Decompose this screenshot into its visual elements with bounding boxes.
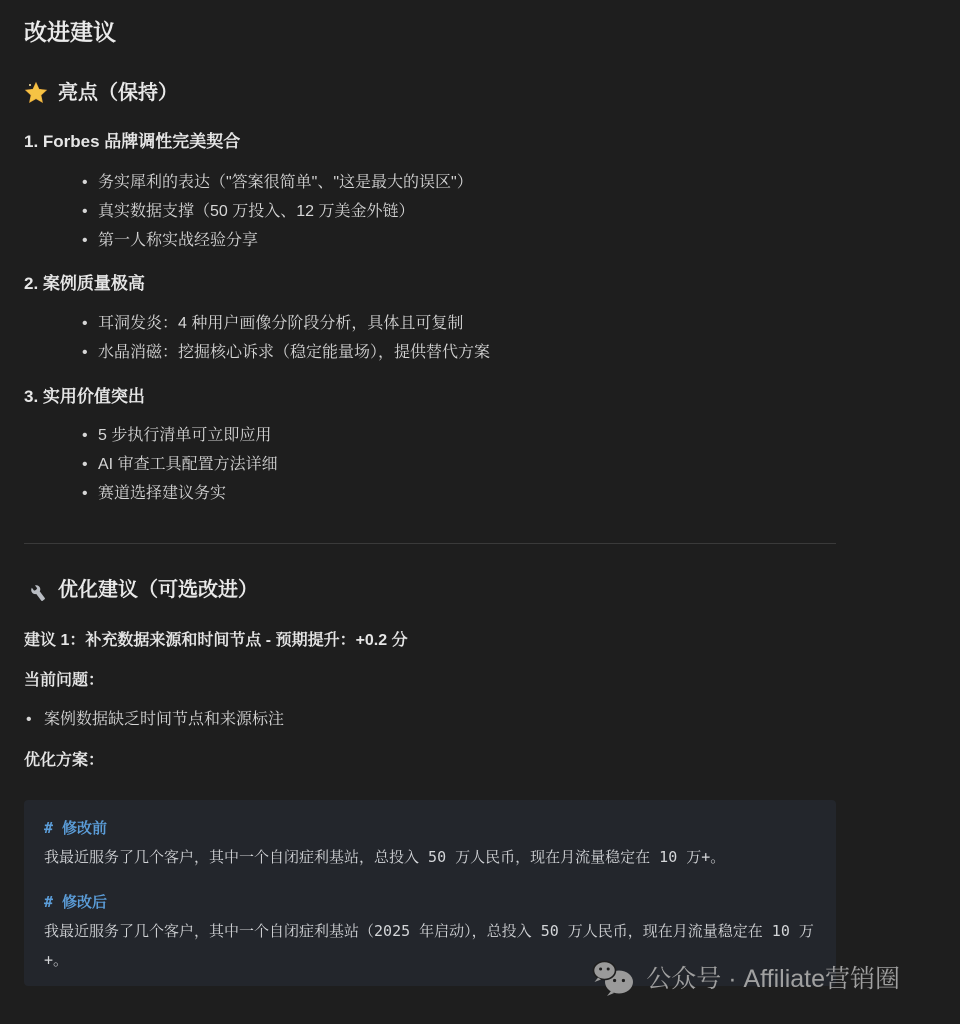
list-item-text: 赛道选择建议务实	[98, 485, 226, 502]
list-item: •真实数据支撑（50 万投入、12 万美金外链）	[24, 197, 836, 226]
wrench-icon	[24, 578, 48, 602]
list-item-text: 务实犀利的表达（"答案很简单"、"这是最大的误区"）	[98, 174, 473, 191]
section-divider	[24, 543, 836, 544]
bullet-dot: •	[82, 479, 88, 508]
bullet-dot: •	[82, 309, 88, 338]
highlight-item-heading: 2. 案例质量极高	[24, 273, 836, 295]
bullet-dot: •	[82, 168, 88, 197]
list-item-text: AI 审查工具配置方法详细	[98, 456, 278, 473]
list-item: •第一人称实战经验分享	[24, 226, 836, 255]
highlight-item-heading: 1. Forbes 品牌调性完美契合	[24, 131, 836, 153]
bullet-dot: •	[82, 197, 88, 226]
list-item: •水晶消磁：挖掘核心诉求（稳定能量场），提供替代方案	[24, 338, 836, 367]
bullet-dot: •	[82, 450, 88, 479]
code-comment-after: # 修改后	[44, 888, 816, 917]
list-item-text: 耳洞发炎：4 种用户画像分阶段分析，具体且可复制	[98, 315, 463, 332]
optimization-heading: 优化建议（可选改进）	[24, 577, 836, 603]
list-item: •务实犀利的表达（"答案很简单"、"这是最大的误区"）	[24, 168, 836, 197]
highlight-item-heading: 3. 实用价值突出	[24, 386, 836, 408]
problem-bullet-text: 案例数据缺乏时间节点和来源标注	[44, 711, 284, 728]
code-block: # 修改前 我最近服务了几个客户，其中一个自闭症利基站，总投入 50 万人民币，…	[24, 800, 836, 986]
bullet-dot: •	[82, 226, 88, 255]
suggestion-title: 建议 1：补充数据来源和时间节点 - 预期提升：+0.2 分	[24, 630, 836, 651]
wechat-watermark-text: 公众号 · Affiliate营销圈	[646, 960, 900, 998]
wechat-icon	[592, 960, 636, 998]
glowing-star-icon	[24, 81, 48, 105]
bullet-dot: •	[82, 338, 88, 367]
plan-label: 优化方案：	[24, 750, 836, 771]
highlight-item-bullets: •务实犀利的表达（"答案很简单"、"这是最大的误区"） •真实数据支撑（50 万…	[24, 168, 836, 255]
list-item: •赛道选择建议务实	[24, 479, 836, 508]
problem-bullet: •案例数据缺乏时间节点和来源标注	[24, 709, 836, 731]
list-item-text: 真实数据支撑（50 万投入、12 万美金外链）	[98, 203, 415, 220]
code-text-before: 我最近服务了几个客户，其中一个自闭症利基站，总投入 50 万人民币，现在月流量稳…	[44, 843, 816, 872]
current-problem-label: 当前问题：	[24, 670, 836, 691]
highlights-heading: 亮点（保持）	[24, 80, 836, 106]
list-item-text: 5 步执行清单可立即应用	[98, 427, 271, 444]
document: 改进建议 亮点（保持） 1. Forbes 品牌调性完美契合 •务实犀利的表达（…	[0, 0, 960, 986]
list-item: •5 步执行清单可立即应用	[24, 421, 836, 450]
wechat-watermark: 公众号 · Affiliate营销圈	[592, 960, 900, 998]
list-item: •耳洞发炎：4 种用户画像分阶段分析，具体且可复制	[24, 309, 836, 338]
bullet-dot: •	[82, 421, 88, 450]
highlight-item-bullets: •耳洞发炎：4 种用户画像分阶段分析，具体且可复制 •水晶消磁：挖掘核心诉求（稳…	[24, 309, 836, 367]
highlights-heading-label: 亮点（保持）	[58, 80, 178, 106]
page-title: 改进建议	[24, 18, 836, 46]
highlight-item-bullets: •5 步执行清单可立即应用 •AI 审查工具配置方法详细 •赛道选择建议务实	[24, 421, 836, 508]
bullet-dot: •	[26, 709, 32, 731]
code-comment-before: # 修改前	[44, 814, 816, 843]
list-item-text: 水晶消磁：挖掘核心诉求（稳定能量场），提供替代方案	[98, 344, 490, 361]
list-item: •AI 审查工具配置方法详细	[24, 450, 836, 479]
optimization-heading-label: 优化建议（可选改进）	[58, 577, 258, 603]
list-item-text: 第一人称实战经验分享	[98, 232, 258, 249]
